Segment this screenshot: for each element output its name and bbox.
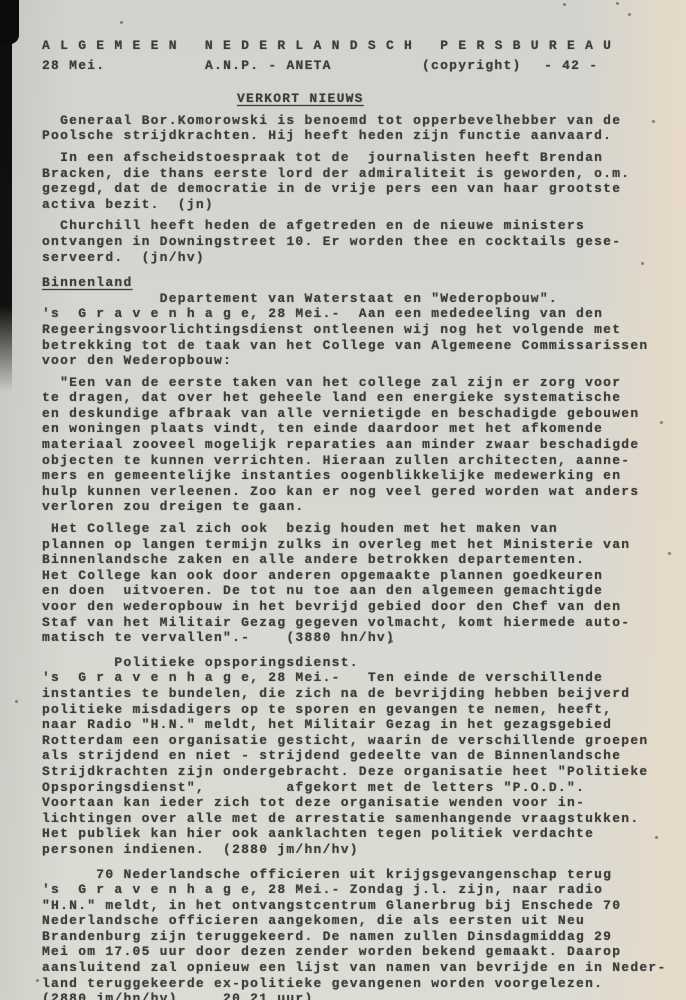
text-line: personen indienen. (2880 jm/hn/hv) [42, 842, 666, 858]
text-line: "H.N." meldt, in het ontvangstcentrum Gl… [42, 898, 666, 914]
news-item-bor-komorowski: Generaal Bor.Komorowski is benoemd tot o… [42, 113, 666, 144]
paper-speck [652, 120, 655, 123]
article-pod: 's G r a v e n h a g e, 28 Mei.- Ten ein… [42, 670, 666, 857]
text-line: lichtingen over alle met de arrestatie s… [42, 811, 666, 827]
text-line: Rotterdam een organisatie gesticht, waar… [42, 733, 666, 749]
text-line: Mei om 17.05 uur door dezen zender worde… [42, 944, 666, 960]
text-line: serveerd. (jn/hv) [42, 250, 666, 266]
text-line: 's G r a v e n h a g e, 28 Mei.- Aan een… [42, 306, 666, 322]
text-line: "Een van de eerste taken van het college… [42, 375, 666, 391]
text-line: Binnenlandsche zaken en alle andere betr… [42, 552, 666, 568]
text-line: 70 Nederlandsche officieren uit krijgsge… [42, 867, 666, 883]
text-line: objecten te kunnen verrichten. Hieraan z… [42, 453, 666, 469]
paper-speck [616, 2, 619, 5]
paper-speck [641, 262, 644, 265]
text-line: (2880 jm/hn/hv) 20.21 uur) [42, 991, 666, 1000]
text-line: te dragen, dat over het geheele land een… [42, 390, 666, 406]
text-line: Brandenburg zijn teruggekeerd. De namen … [42, 929, 666, 945]
text-line: matisch te vervallen".- (3880 hn/hv) [42, 630, 666, 646]
text-line: voor den Wederopbouw: [42, 353, 666, 369]
text-line: activa bezit. (jn) [42, 197, 666, 213]
paper-speck [120, 21, 123, 24]
news-item-brendan-bracken: In een afscheidstoespraak tot de journal… [42, 150, 666, 212]
paper-speck [660, 421, 663, 424]
paper-speck [628, 13, 631, 16]
text-line: en woningen plaats vindt, ten einde daar… [42, 421, 666, 437]
text-line: Churchill heeft heden de afgetreden en d… [42, 218, 666, 234]
text-line: Het College zal zich ook bezig houden me… [42, 521, 666, 537]
text-line: 's G r a v e n h a g e, 28 Mei.- Ten ein… [42, 670, 666, 686]
text-line: hulp kunnen verleenen. Zoo kan er nog ve… [42, 484, 666, 500]
article-wederopbouw-quote: "Een van de eerste taken van het college… [42, 375, 666, 515]
news-item-churchill: Churchill heeft heden de afgetreden en d… [42, 218, 666, 265]
text-line: betrekking tot de taak van het College v… [42, 338, 666, 354]
subheading-pod: Politieke opsporingsdienst. [42, 655, 666, 671]
text-line: plannen op langen termijn zulks in overl… [42, 537, 666, 553]
text-line: verloren zou dreigen te gaan. [42, 499, 666, 515]
text-line: voor den wederopbouw in het bevrijd gebi… [42, 599, 666, 615]
paper-speck [655, 836, 658, 839]
document-title: VERKORT NIEUWS [237, 91, 364, 107]
text-line: land teruggekeerde ex-politieke gevangen… [42, 976, 666, 992]
text-line: Voortaan kan ieder zich tot deze organis… [42, 795, 666, 811]
article-officieren: 's G r a v e n h a g e, 28 Mei.- Zondag … [42, 882, 666, 1000]
subheading-officieren: 70 Nederlandsche officieren uit krijgsge… [42, 867, 666, 883]
paper-speck [36, 979, 39, 982]
paper-speck [15, 700, 18, 703]
text-line: Staf van het Militair Gezag gegeven volm… [42, 615, 666, 631]
text-line: Het publiek kan hier ook aanklachten teg… [42, 826, 666, 842]
document-content: A L G E M E E N N E D E R L A N D S C H … [0, 0, 686, 1000]
text-line: aansluitend zal opnieuw een lijst van na… [42, 960, 666, 976]
article-wederopbouw-college: Het College zal zich ook bezig houden me… [42, 521, 666, 646]
text-line: Het College kan ook door anderen opgemaa… [42, 568, 666, 584]
paper-speck [563, 3, 566, 6]
text-line: Generaal Bor.Komorowski is benoemd tot o… [42, 113, 666, 129]
text-line: gezegd, dat de democratie in de vrije pe… [42, 181, 666, 197]
text-line: naar Radio "H.N." meldt, het Militair Ge… [42, 717, 666, 733]
text-line: Poolsche strijdkrachten. Hij heeft heden… [42, 128, 666, 144]
text-line: Strijdkrachten zijn ondergebracht. Deze … [42, 764, 666, 780]
text-line: politieke misdadigers op te sporen en ge… [42, 702, 666, 718]
text-line: Politieke opsporingsdienst. [42, 655, 666, 671]
article-wederopbouw-intro: 's G r a v e n h a g e, 28 Mei.- Aan een… [42, 306, 666, 368]
text-line: mers en gemeentelijke instanties oogenbl… [42, 468, 666, 484]
text-line: als strijdend en niet - strijdend gedeel… [42, 748, 666, 764]
text-line: ontvangen in Downingstreet 10. Er worden… [42, 234, 666, 250]
section-binnenland: Binnenland [42, 275, 666, 291]
subheading-waterstaat: Departement van Waterstaat en "Wederopbo… [42, 291, 666, 307]
text-line: 's G r a v e n h a g e, 28 Mei.- Zondag … [42, 882, 666, 898]
text-line: Binnenland [42, 275, 133, 291]
text-line: materiaal zooveel mogelijk reparaties aa… [42, 437, 666, 453]
scanned-document-page: A L G E M E E N N E D E R L A N D S C H … [0, 0, 686, 1000]
date-label: 28 Mei. [42, 58, 105, 74]
copyright-label: (copyright) [422, 58, 522, 74]
header-row: 28 Mei. A.N.P. - ANETA (copyright) - 42 … [42, 58, 666, 74]
text-line: Regeeringsvoorlichtingsdienst ontleenen … [42, 322, 666, 338]
text-line: instanties te bundelen, die zich na de b… [42, 686, 666, 702]
text-line: Bracken, die thans eerste lord der admir… [42, 166, 666, 182]
paper-speck [390, 640, 393, 643]
text-line: Nederlandsche officieren aangekomen, die… [42, 913, 666, 929]
document-body: Generaal Bor.Komorowski is benoemd tot o… [42, 113, 666, 1000]
text-line: In een afscheidstoespraak tot de journal… [42, 150, 666, 166]
agency-abbreviation: A.N.P. - ANETA [205, 58, 332, 74]
text-line: Departement van Waterstaat en "Wederopbo… [42, 291, 666, 307]
text-line: en deskundige afbraak van alle vernietig… [42, 406, 666, 422]
agency-title: A L G E M E E N N E D E R L A N D S C H … [42, 38, 666, 54]
page-number: - 42 - [544, 58, 598, 74]
text-line: Opsporingsdienst", afgekort met de lette… [42, 780, 666, 796]
paper-speck [668, 552, 671, 555]
text-line: en doen uitvoeren. De tot nu toe aan den… [42, 583, 666, 599]
